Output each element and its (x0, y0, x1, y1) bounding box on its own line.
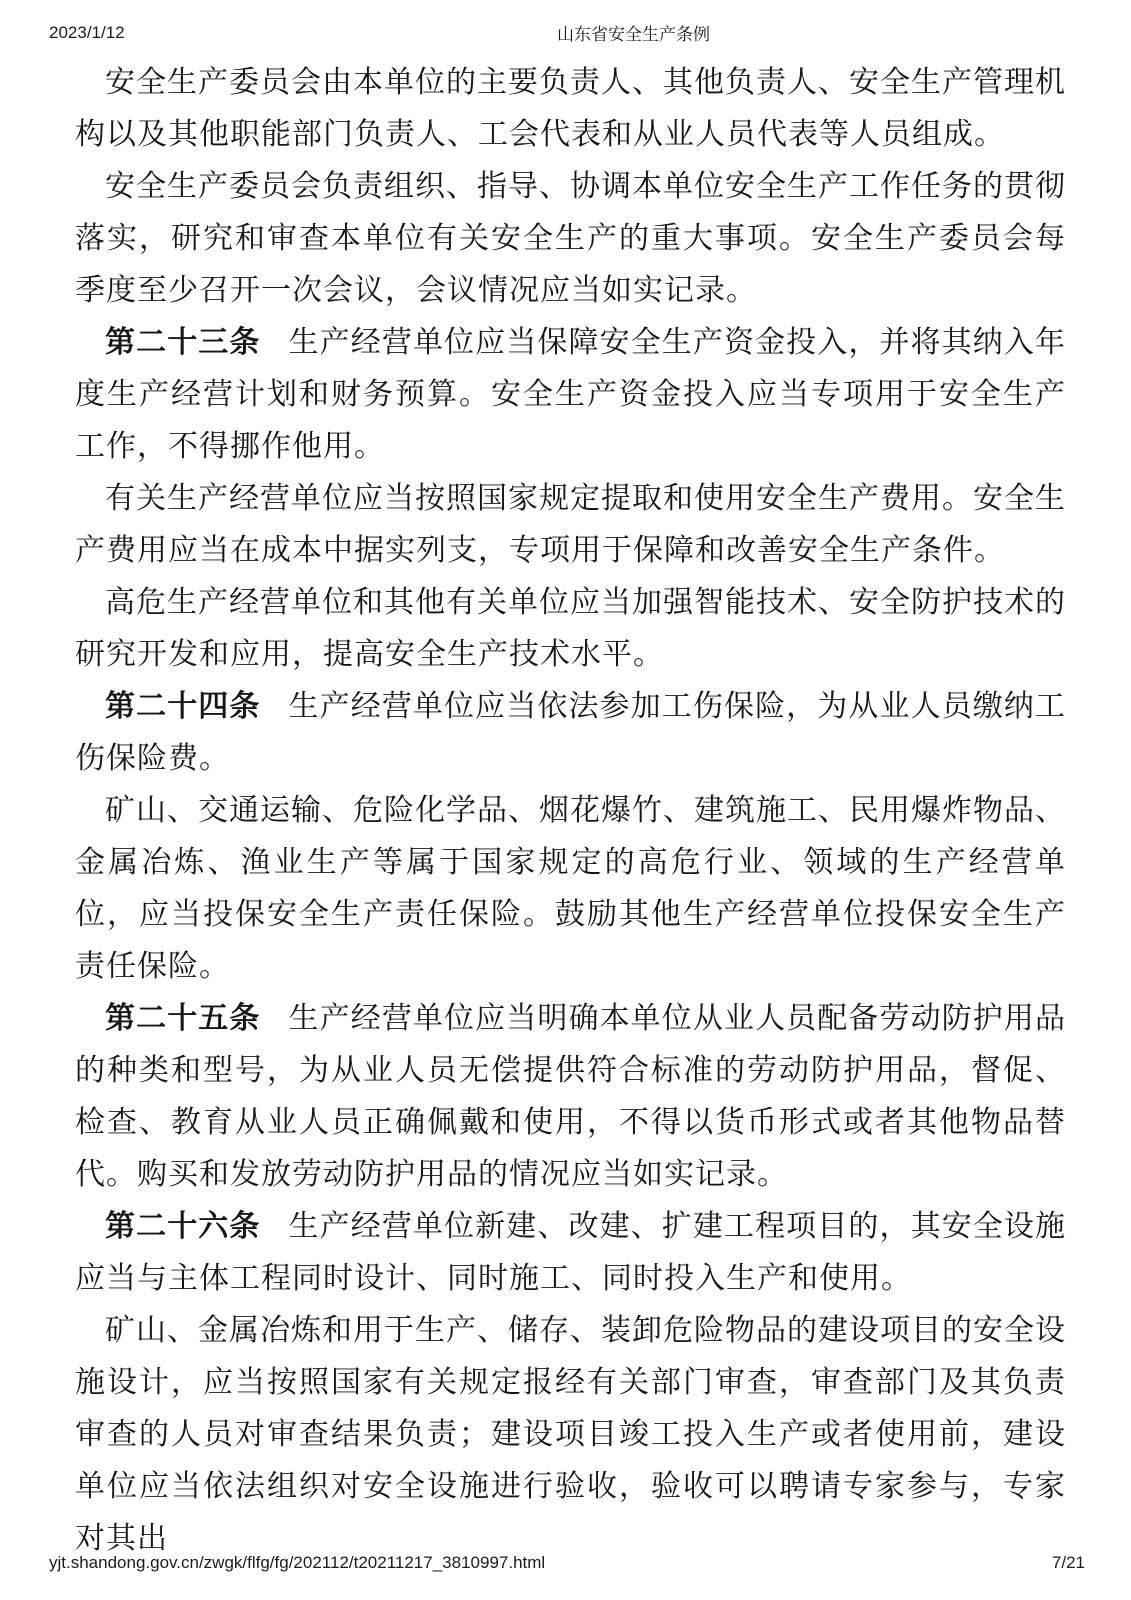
article-number: 第二十五条 (105, 1002, 261, 1035)
document-body: 安全生产委员会由本单位的主要负责人、其他负责人、安全生产管理机构以及其他职能部门… (75, 57, 1066, 1565)
article-number: 第二十三条 (105, 326, 261, 359)
body-paragraph: 第二十四条生产经营单位应当依法参加工伤保险，为从业人员缴纳工伤保险费。 (75, 681, 1066, 785)
body-paragraph: 矿山、金属冶炼和用于生产、储存、装卸危险物品的建设项目的安全设施设计，应当按照国… (75, 1305, 1066, 1565)
article-number: 第二十四条 (105, 690, 261, 723)
body-paragraph: 第二十五条生产经营单位应当明确本单位从业人员配备劳动防护用品的种类和型号，为从业… (75, 993, 1066, 1201)
body-paragraph: 高危生产经营单位和其他有关单位应当加强智能技术、安全防护技术的研究开发和应用，提… (75, 577, 1066, 681)
paragraph-text: 安全生产委员会负责组织、指导、协调本单位安全生产工作任务的贯彻落实，研究和审查本… (75, 170, 1066, 307)
print-header: 2023/1/12 山东省安全生产条例 (0, 22, 1131, 46)
paragraph-text: 有关生产经营单位应当按照国家规定提取和使用安全生产费用。安全生产费用应当在成本中… (75, 482, 1066, 567)
body-paragraph: 矿山、交通运输、危险化学品、烟花爆竹、建筑施工、民用爆炸物品、金属冶炼、渔业生产… (75, 785, 1066, 993)
body-paragraph: 有关生产经营单位应当按照国家规定提取和使用安全生产费用。安全生产费用应当在成本中… (75, 473, 1066, 577)
header-date: 2023/1/12 (49, 22, 125, 44)
body-paragraph: 第二十六条生产经营单位新建、改建、扩建工程项目的，其安全设施应当与主体工程同时设… (75, 1201, 1066, 1305)
document-title: 山东省安全生产条例 (557, 24, 710, 46)
print-footer: yjt.shandong.gov.cn/zwgk/flfg/fg/202112/… (0, 1552, 1131, 1576)
body-paragraph: 第二十三条生产经营单位应当保障安全生产资金投入，并将其纳入年度生产经营计划和财务… (75, 317, 1066, 473)
page-number-indicator: 7/21 (1052, 1552, 1085, 1574)
paragraph-text: 安全生产委员会由本单位的主要负责人、其他负责人、安全生产管理机构以及其他职能部门… (75, 66, 1066, 151)
paragraph-text: 高危生产经营单位和其他有关单位应当加强智能技术、安全防护技术的研究开发和应用，提… (75, 586, 1066, 671)
body-paragraph: 安全生产委员会由本单位的主要负责人、其他负责人、安全生产管理机构以及其他职能部门… (75, 57, 1066, 161)
paragraph-text: 矿山、交通运输、危险化学品、烟花爆竹、建筑施工、民用爆炸物品、金属冶炼、渔业生产… (75, 794, 1066, 983)
print-preview-page: 2023/1/12 山东省安全生产条例 安全生产委员会由本单位的主要负责人、其他… (0, 0, 1131, 1600)
body-paragraph: 安全生产委员会负责组织、指导、协调本单位安全生产工作任务的贯彻落实，研究和审查本… (75, 161, 1066, 317)
paragraph-text: 矿山、金属冶炼和用于生产、储存、装卸危险物品的建设项目的安全设施设计，应当按照国… (75, 1314, 1066, 1555)
article-number: 第二十六条 (105, 1210, 261, 1243)
source-url: yjt.shandong.gov.cn/zwgk/flfg/fg/202112/… (49, 1552, 545, 1574)
